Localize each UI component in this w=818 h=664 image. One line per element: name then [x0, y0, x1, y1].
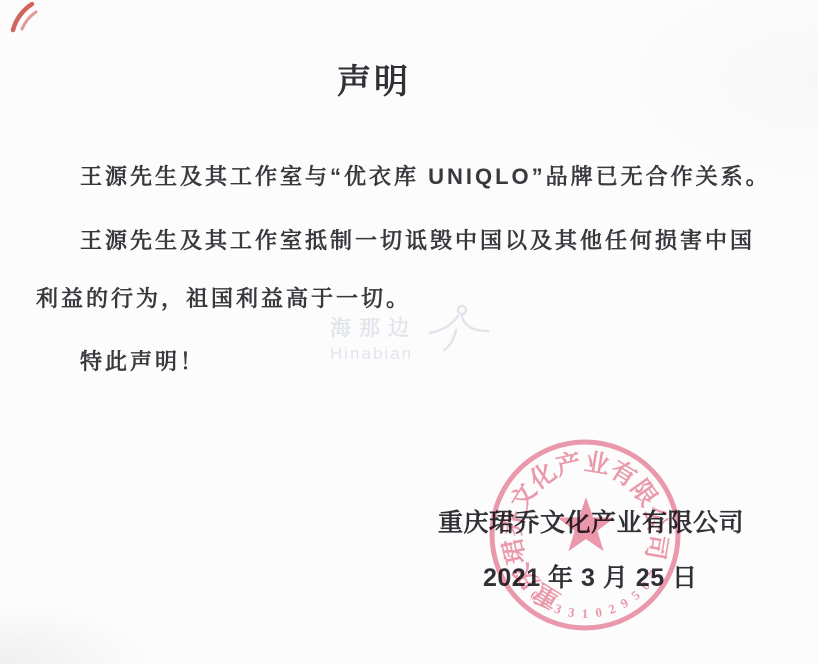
svg-text:7: 7: [645, 567, 661, 581]
seal-star-icon: [558, 497, 615, 551]
company-seal-stamp: 重庆珺乔文化产业有限公司 5002331029507: [487, 437, 683, 633]
svg-text:公: 公: [639, 503, 672, 534]
paragraph-boycott-statement: 王源先生及其工作室抵制一切诋毁中国以及其他任何损害中国利益的行为，祖国利益高于一…: [36, 212, 778, 328]
svg-text:1: 1: [582, 606, 589, 621]
svg-text:产: 产: [553, 447, 584, 481]
paragraph-no-cooperation: 王源先生及其工作室与“优衣库 UNIQLO”品牌已无合作关系。: [36, 159, 808, 195]
document-title: 声明: [0, 54, 748, 103]
red-scan-mark: [6, 2, 46, 38]
svg-text:3: 3: [567, 604, 576, 620]
scanned-statement-document: 声明 王源先生及其工作室与“优衣库 UNIQLO”品牌已无合作关系。 王源先生及…: [0, 0, 818, 664]
svg-text:珺: 珺: [498, 536, 531, 567]
svg-text:5: 5: [628, 587, 643, 603]
watermark-bird-icon: [418, 300, 494, 360]
svg-text:9: 9: [618, 595, 632, 611]
svg-text:2: 2: [606, 601, 617, 617]
svg-text:司: 司: [640, 532, 672, 561]
svg-text:0: 0: [637, 578, 653, 593]
svg-text:0: 0: [594, 604, 603, 620]
